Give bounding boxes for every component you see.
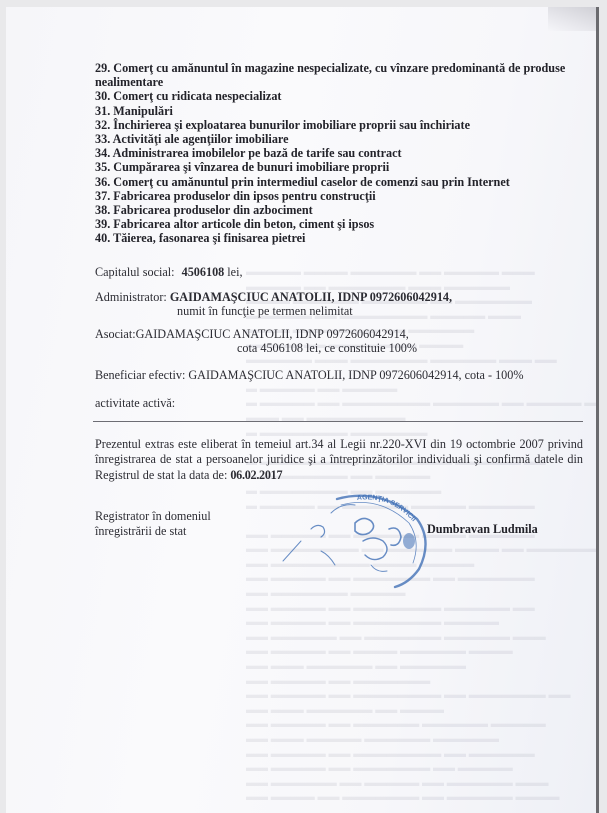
section-divider [93, 421, 583, 422]
activity-number: 37. [95, 189, 110, 203]
activity-text: Închirierea şi exploatarea bunurilor imo… [113, 118, 470, 132]
activity-text: Fabricarea produselor din ipsos pentru c… [113, 189, 375, 203]
activity-number: 40. [95, 231, 110, 245]
activity-number: 32. [95, 118, 110, 132]
capital-label: Capitalul social: [95, 265, 175, 279]
activity-item: 30. Comerţ cu ridicata nespecializat [95, 89, 585, 103]
activity-number: 35. [95, 160, 110, 174]
svg-text:AGENŢIA SERVICII: AGENŢIA SERVICII [357, 494, 418, 523]
administrator-line: Administrator: GAIDAMAŞCIUC ANATOLII, ID… [95, 290, 452, 305]
associate-line-1: Asociat:GAIDAMAŞCIUC ANATOLII, IDNP 0972… [95, 327, 409, 342]
activity-item: 32. Închirierea şi exploatarea bunurilor… [95, 118, 585, 132]
activity-item: 36. Comerţ cu amănuntul prin intermediul… [95, 175, 585, 189]
activity-item: 33. Activităţi ale agenţiilor imobiliare [95, 132, 585, 146]
capital-suffix: lei, [227, 265, 242, 279]
administrator-note: numit în funcţie pe termen nelimitat [177, 304, 353, 319]
activity-text: Activităţi ale agenţiilor imobiliare [113, 132, 289, 146]
activity-number: 36. [95, 175, 110, 189]
activity-item: 35. Cumpărarea şi vînzarea de bunuri imo… [95, 160, 585, 174]
activity-text: Comerţ cu amănuntul în magazine nespecia… [95, 61, 565, 89]
activity-item: 31. Manipulări [95, 104, 585, 118]
activity-number: 34. [95, 146, 110, 160]
activity-number: 29. [95, 61, 110, 75]
activity-text: Tăierea, fasonarea şi finisarea pietrei [113, 231, 305, 245]
status-line: activitate activă: [95, 396, 175, 411]
activity-item: 38. Fabricarea produselor din azbociment [95, 203, 585, 217]
statement-text: Prezentul extras este eliberat în temeiu… [95, 437, 583, 482]
beneficiary-line: Beneficiar efectiv: GAIDAMAŞCIUC ANATOLI… [95, 368, 524, 383]
statement-date: 06.02.2017 [230, 468, 282, 482]
activity-item: 40. Tăierea, fasonarea şi finisarea piet… [95, 231, 585, 245]
administrator-value: GAIDAMAŞCIUC ANATOLII, IDNP 097260604291… [170, 290, 452, 304]
activity-text: Manipulări [113, 104, 173, 118]
activity-item: 34. Administrarea imobilelor pe bază de … [95, 146, 585, 160]
activity-text: Comerţ cu amănuntul prin intermediul cas… [113, 175, 510, 189]
activity-text: Comerţ cu ridicata nespecializat [113, 89, 281, 103]
activity-text: Cumpărarea şi vînzarea de bunuri imobili… [113, 160, 389, 174]
registrar-name: Dumbravan Ludmila [427, 522, 538, 537]
page-corner-shadow [548, 7, 596, 31]
activity-number: 31. [95, 104, 110, 118]
administrator-label: Administrator: [95, 290, 167, 304]
capital-value: 4506108 [182, 265, 225, 279]
activity-number: 39. [95, 217, 110, 231]
activity-item: 29. Comerţ cu amănuntul în magazine nesp… [95, 61, 585, 89]
activity-number: 33. [95, 132, 110, 146]
activity-number: 38. [95, 203, 110, 217]
registrar-title-line-2: înregistrării de stat [95, 524, 211, 539]
activity-number: 30. [95, 89, 110, 103]
activities-list: 29. Comerţ cu amănuntul în magazine nesp… [95, 61, 585, 246]
statement-paragraph: Prezentul extras este eliberat în temeiu… [95, 437, 583, 483]
registrar-title: Registrator în domeniul înregistrării de… [95, 509, 211, 538]
activity-item: 39. Fabricarea altor articole din beton,… [95, 217, 585, 231]
activity-text: Fabricarea altor articole din beton, cim… [113, 217, 374, 231]
activity-item: 37. Fabricarea produselor din ipsos pent… [95, 189, 585, 203]
stamp-text: AGENŢIA SERVICII [357, 494, 418, 523]
scanned-document-page: ▬▬▬▬▬ ▬▬▬▬ ▬▬▬▬▬▬ ▬▬ ▬▬▬▬▬ ▬▬▬ ▬▬▬▬▬ ▬▬ … [6, 7, 599, 813]
activity-text: Fabricarea produselor din azbociment [113, 203, 312, 217]
registrar-title-line-1: Registrator în domeniul [95, 509, 211, 524]
capital-line: Capitalul social: 4506108 lei, [95, 265, 243, 280]
activity-text: Administrarea imobilelor pe bază de tari… [113, 146, 402, 160]
official-stamp-icon: AGENŢIA SERVICII [271, 489, 441, 589]
associate-line-2: cota 4506108 lei, ce constituie 100% [237, 341, 417, 356]
